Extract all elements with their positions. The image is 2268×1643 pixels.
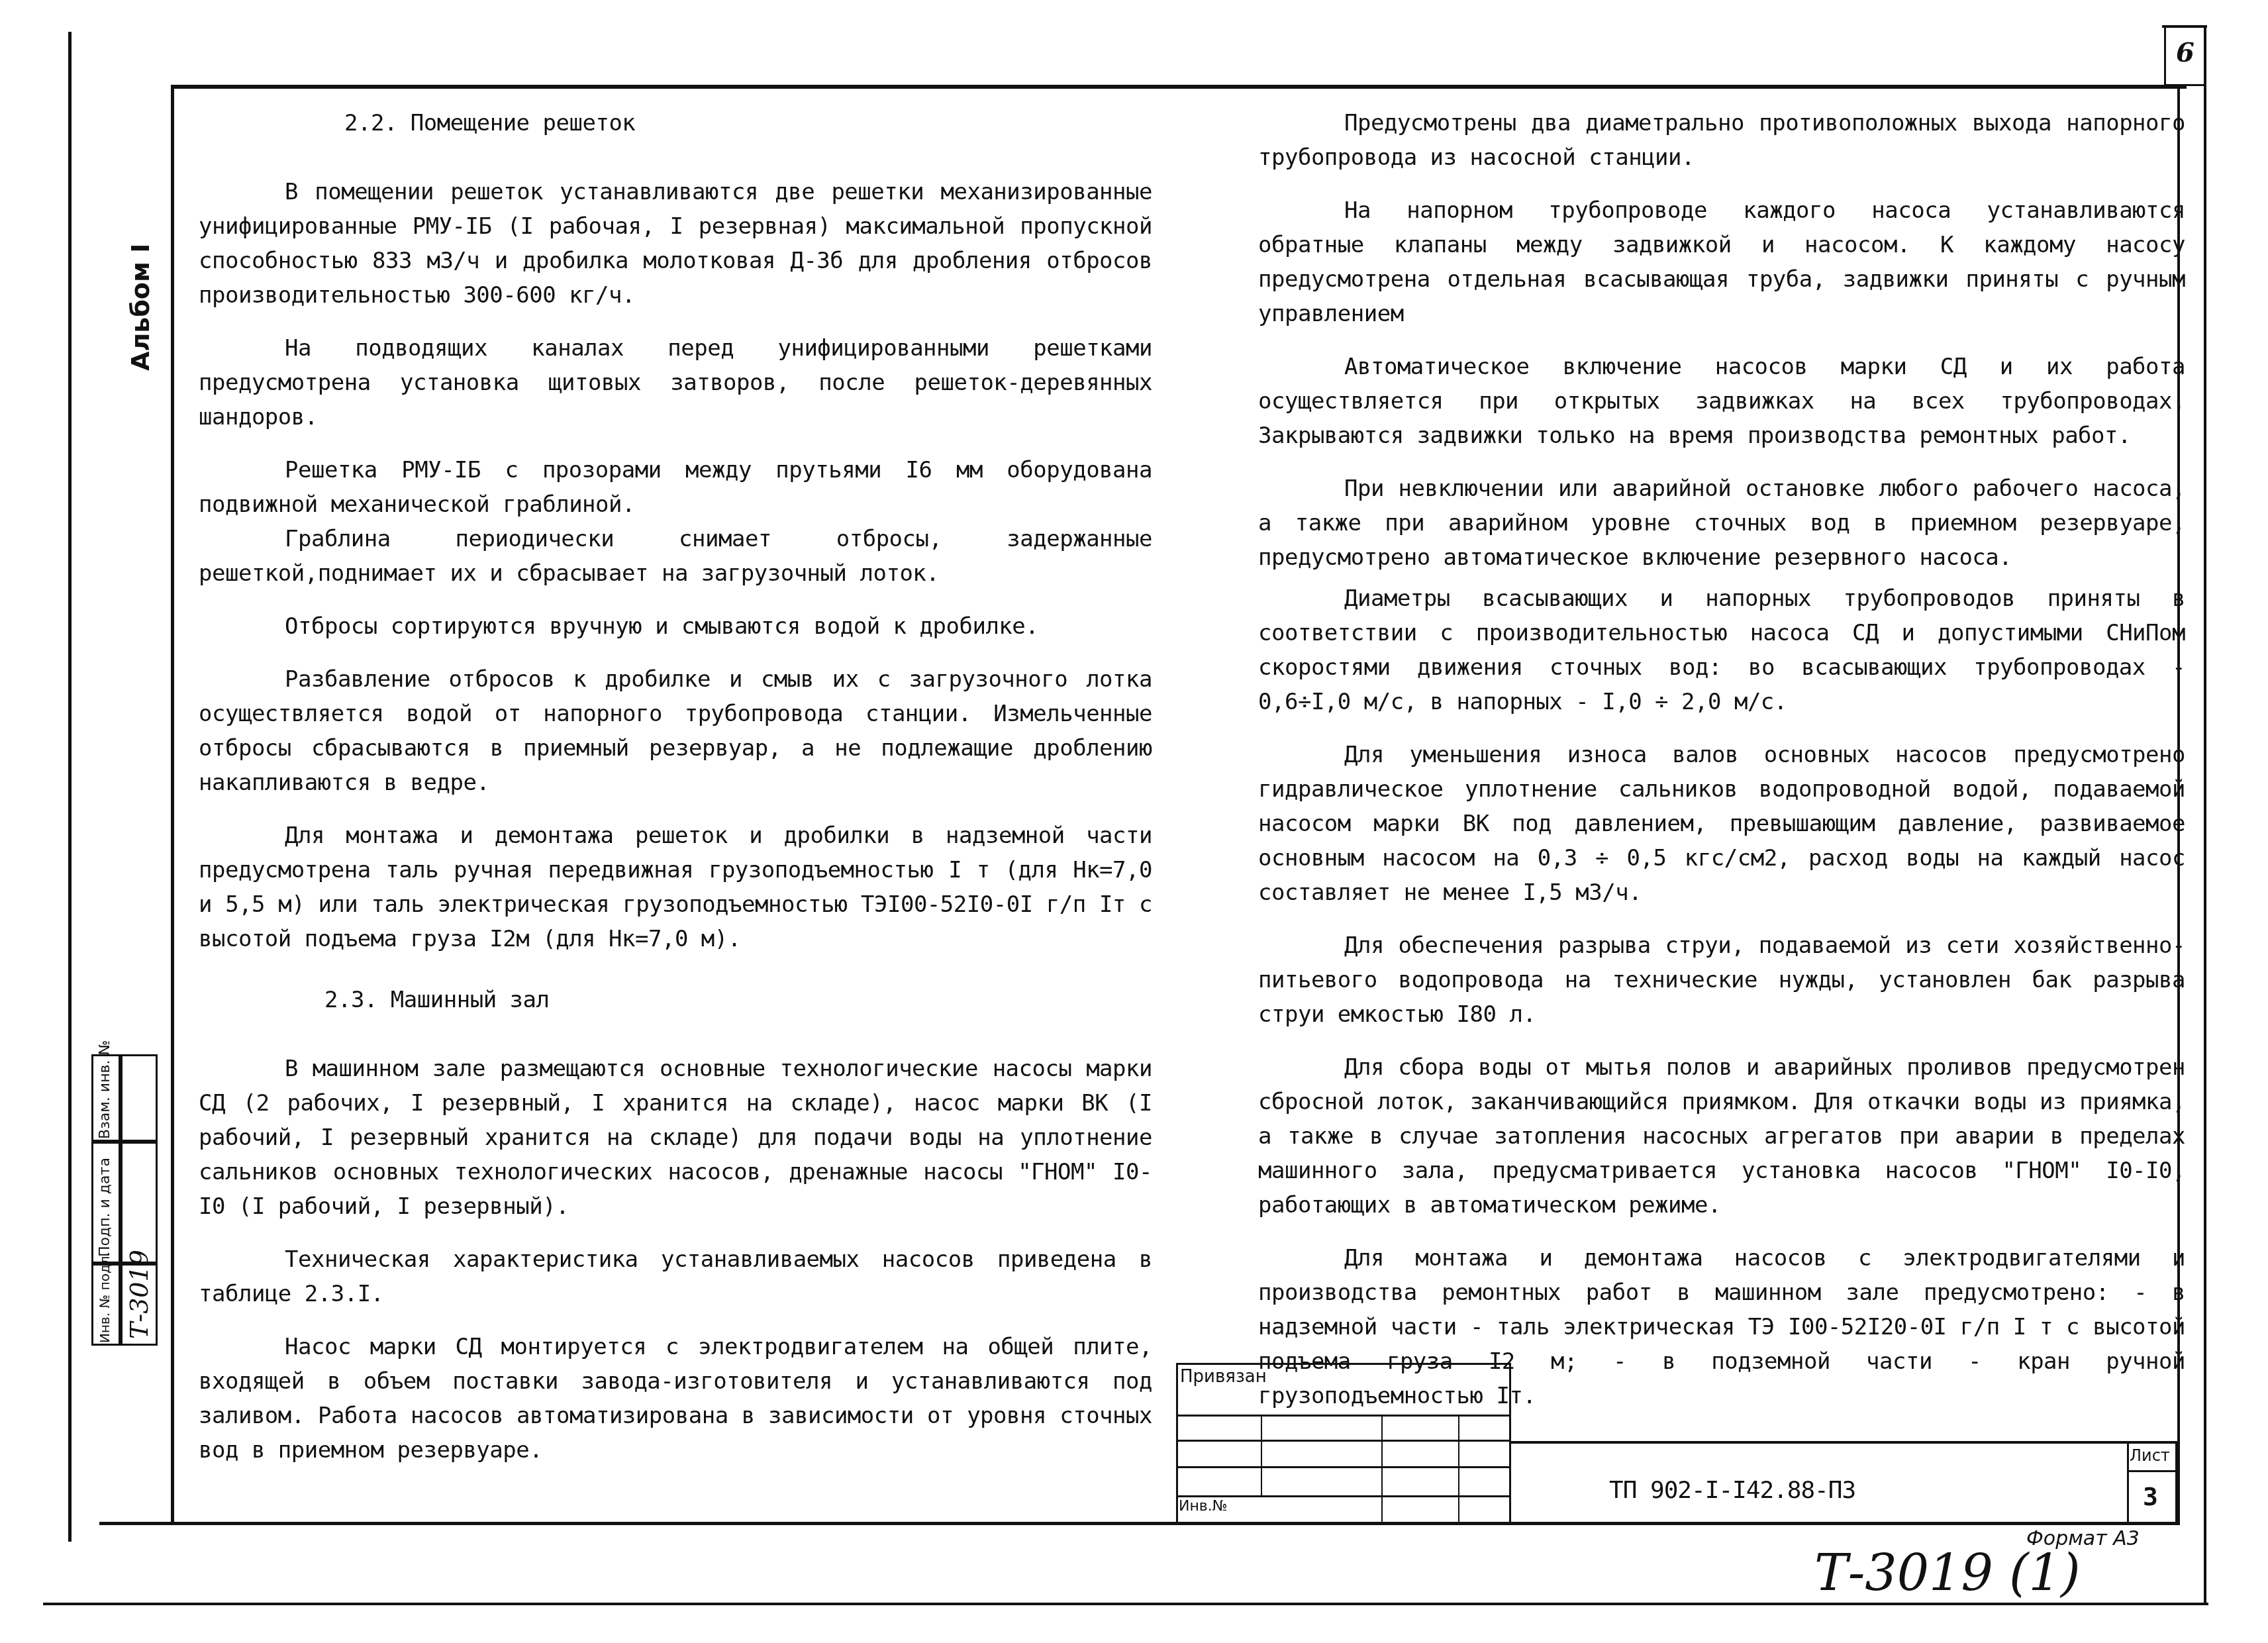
frame-left-line: [171, 85, 174, 1525]
paragraph: В помещении решеток устанавливаются две …: [199, 175, 1152, 313]
frame-bottom-line: [99, 1522, 2180, 1525]
privyazan-col-line: [1458, 1415, 1459, 1525]
section-2-2-heading: 2.2. Помещение решеток: [199, 106, 1152, 140]
title-block-top-line: [1511, 1441, 2177, 1444]
left-stamp: Взам. инв. № Подп. и дата Инв. № подл. Т…: [91, 1054, 158, 1524]
privyazan-row-line: [1176, 1466, 1511, 1468]
paragraph: Для монтажа и демонтажа решеток и дробил…: [199, 819, 1152, 956]
paragraph: На напорном трубопроводе каждого насоса …: [1258, 193, 2185, 331]
paragraph: При невключении или аварийной остановке …: [1258, 472, 2185, 575]
stamp-cell-podp-value: [121, 1142, 158, 1264]
document-code: ТП 902-I-I42.88-ПЗ: [1609, 1477, 1855, 1504]
privyazan-row-line: [1176, 1440, 1511, 1442]
section-2-3-heading: 2.3. Машинный зал: [199, 983, 1152, 1017]
paragraph: На подводящих каналах перед унифицирован…: [199, 331, 1152, 434]
paragraph: Техническая характеристика устанавливаем…: [199, 1242, 1152, 1311]
privyazan-table: Привязан Инв.№: [1176, 1363, 1511, 1525]
sheet-number: 3: [2143, 1482, 2158, 1511]
frame-top-line: [173, 85, 2187, 89]
sheet-box-divider: [2127, 1470, 2177, 1472]
paragraph: В машинном зале размещаются основные тех…: [199, 1052, 1152, 1224]
privyazan-col-line: [1381, 1415, 1383, 1525]
album-side-label: Альбом I: [126, 244, 155, 371]
privyazan-row-line: [1176, 1495, 1511, 1497]
paragraph: Автоматическое включение насосов марки С…: [1258, 350, 2185, 453]
left-column: 2.2. Помещение решеток В помещении решет…: [199, 106, 1152, 1486]
stamp-label-podp: Подп. и дата: [97, 1158, 113, 1257]
privyazan-label: Привязан: [1180, 1367, 1267, 1387]
paragraph: Диаметры всасывающих и напорных трубопро…: [1258, 581, 2185, 719]
paragraph: Предусмотрены два диаметрально противопо…: [1258, 106, 2185, 175]
paragraph: Насос марки СД монтируется с электродвиг…: [199, 1330, 1152, 1468]
stamp-cell-vzam-value: [121, 1054, 158, 1142]
left-binding-line: [68, 32, 72, 1542]
stamp-label-vzam: Взам. инв. №: [97, 1040, 113, 1139]
privyazan-col-line: [1261, 1415, 1262, 1497]
outer-right-line: [2204, 25, 2206, 1605]
handwritten-archive-code: Т-3019 (1): [1814, 1543, 2081, 1602]
privyazan-row-line: [1176, 1415, 1511, 1417]
paragraph: Граблина периодически снимает отбросы, з…: [199, 522, 1152, 591]
bottom-border-line: [43, 1603, 2208, 1605]
stamp-label-inv: Инв. № подл.: [97, 1252, 113, 1343]
paragraph: Для сбора воды от мытья полов и аварийны…: [1258, 1050, 2185, 1222]
paragraph: Разбавление отбросов к дробилке и смыв и…: [199, 662, 1152, 800]
paragraph: Для уменьшения износа валов основных нас…: [1258, 738, 2185, 910]
paragraph: Отбросы сортируются вручную и смываются …: [199, 609, 1152, 644]
sheet-label: Лист: [2130, 1446, 2170, 1465]
stamp-inv-value: Т-3019: [124, 1250, 154, 1339]
paragraph: Решетка РМУ-IБ с прозорами между прутьям…: [199, 453, 1152, 522]
corner-page-number: 6: [2176, 37, 2194, 68]
paragraph: Для обеспечения разрыва струи, подаваемо…: [1258, 928, 2185, 1032]
inv-number-label: Инв.№: [1179, 1498, 1228, 1515]
right-column: Предусмотрены два диаметрально противопо…: [1258, 106, 2185, 1432]
